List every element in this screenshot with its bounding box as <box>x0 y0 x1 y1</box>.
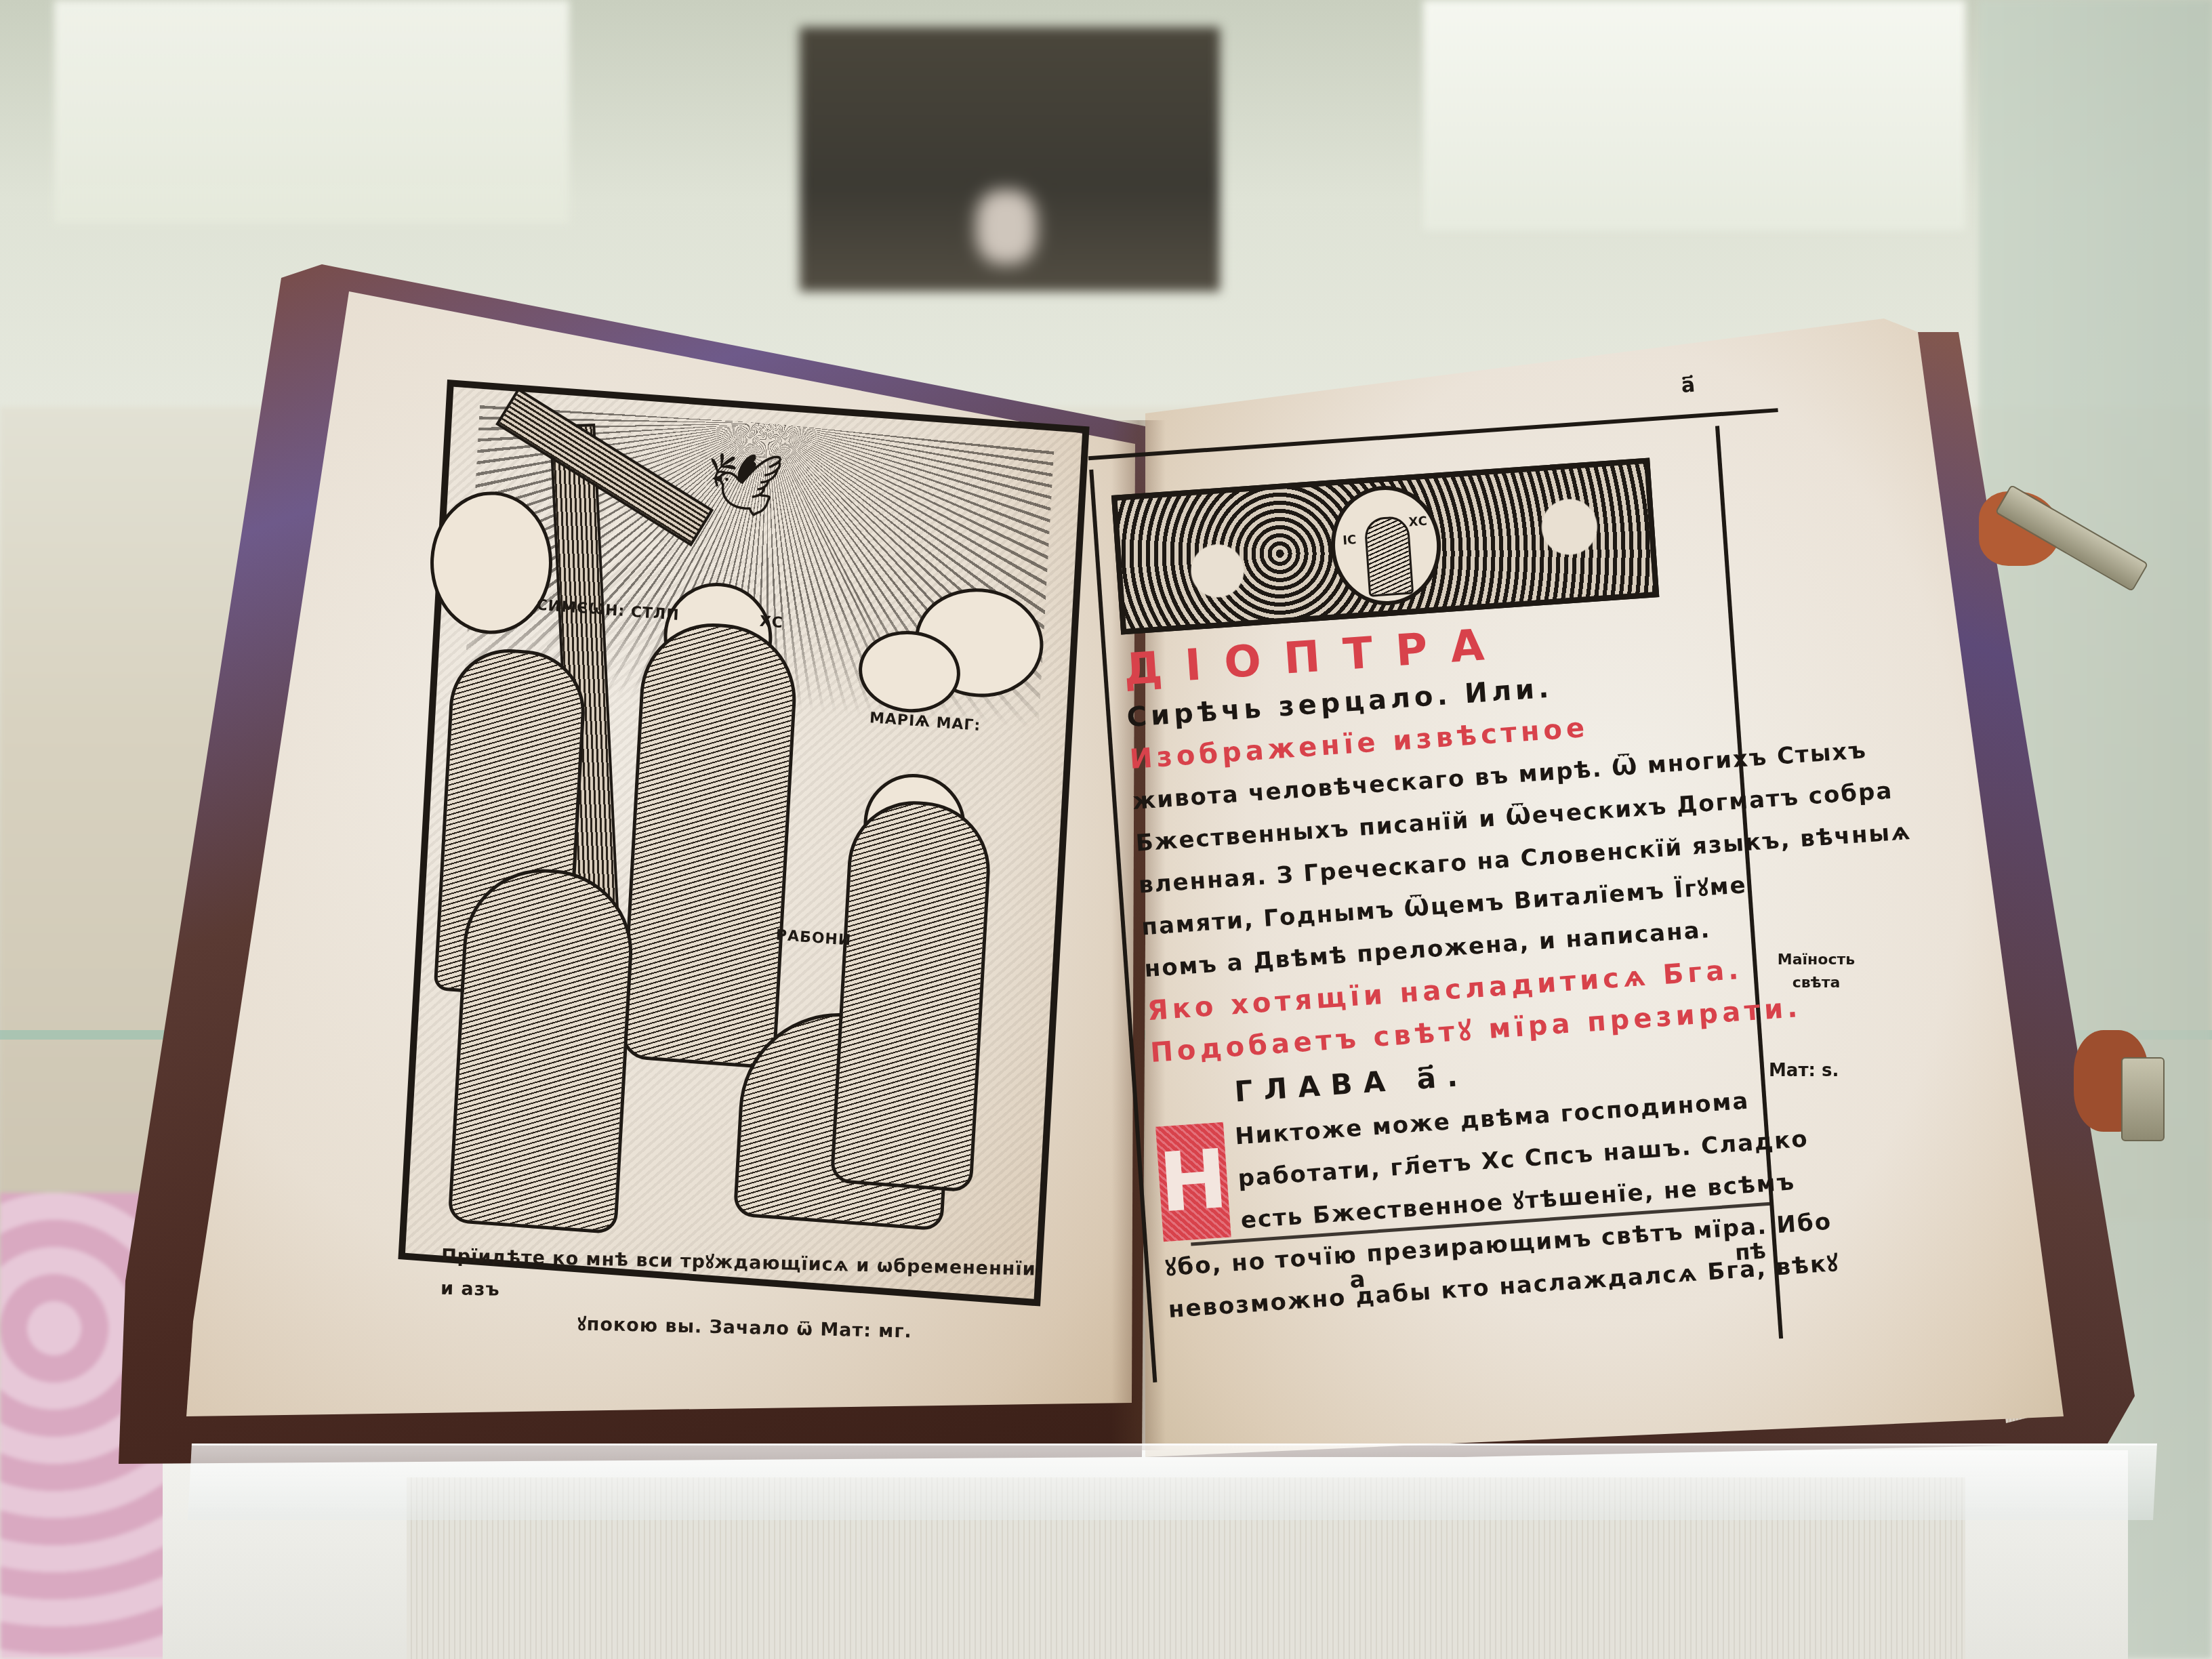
open-antique-book: 🕊 СИМЄѠН: СТЛП ХС МАРІѦ МАГ: РАБОНИ Прїи… <box>0 0 2212 1659</box>
signature-mark: пѣ <box>1734 1237 1767 1265</box>
christ-medallion: ІС ХС <box>1327 483 1445 609</box>
chapter-body: Н Никтоже може двѣма господинома работат… <box>1155 1080 1765 1331</box>
label-rabboni: РАБОНИ <box>775 927 852 949</box>
margin-reference: Мат: ѕ. <box>1769 1061 1839 1081</box>
drop-capital: Н <box>1155 1122 1231 1242</box>
christ-figure <box>620 618 800 1069</box>
dove-icon: 🕊 <box>704 446 785 523</box>
margin-note: Маїность свѣта <box>1742 949 1891 995</box>
brass-clasp-bottom <box>2121 1057 2165 1141</box>
medallion-ic: ІС <box>1343 533 1357 548</box>
caption-line-2: ꙋпокою вы. Зачало ѿ Мат: мг. <box>577 1313 912 1342</box>
right-page-content: а҃ ІС ХС ДІОПТРА Сирѣчь зерцало. Или. Из… <box>1081 308 1828 1369</box>
woodcut-caption: Прїидѣте ко мнѣ вси трꙋждающїисѧ и ѡбрем… <box>439 1240 1051 1351</box>
catchword: а <box>1349 1266 1366 1294</box>
caption-line-1: Прїидѣте ко мнѣ вси трꙋждающїисѧ и ѡбрем… <box>441 1240 1052 1319</box>
saint-figure-elder <box>448 863 637 1234</box>
margin-note-line: свѣта <box>1742 972 1891 995</box>
woodcut-illustration: 🕊 СИМЄѠН: СТЛП ХС МАРІѦ МАГ: РАБОНИ <box>398 380 1089 1307</box>
title-and-body: ДІОПТРА Сирѣчь зерцало. Или. Изображенїе… <box>1122 602 1765 1331</box>
label-christ: ХС <box>759 613 783 632</box>
medallion-xc: ХС <box>1408 514 1427 530</box>
acrylic-book-stand <box>188 1443 2157 1520</box>
margin-note-line: Маїность <box>1742 949 1891 972</box>
christ-bust-icon <box>1364 516 1414 597</box>
folio-number: а҃ <box>1680 373 1696 398</box>
mary-magdalene-figure <box>830 796 994 1192</box>
